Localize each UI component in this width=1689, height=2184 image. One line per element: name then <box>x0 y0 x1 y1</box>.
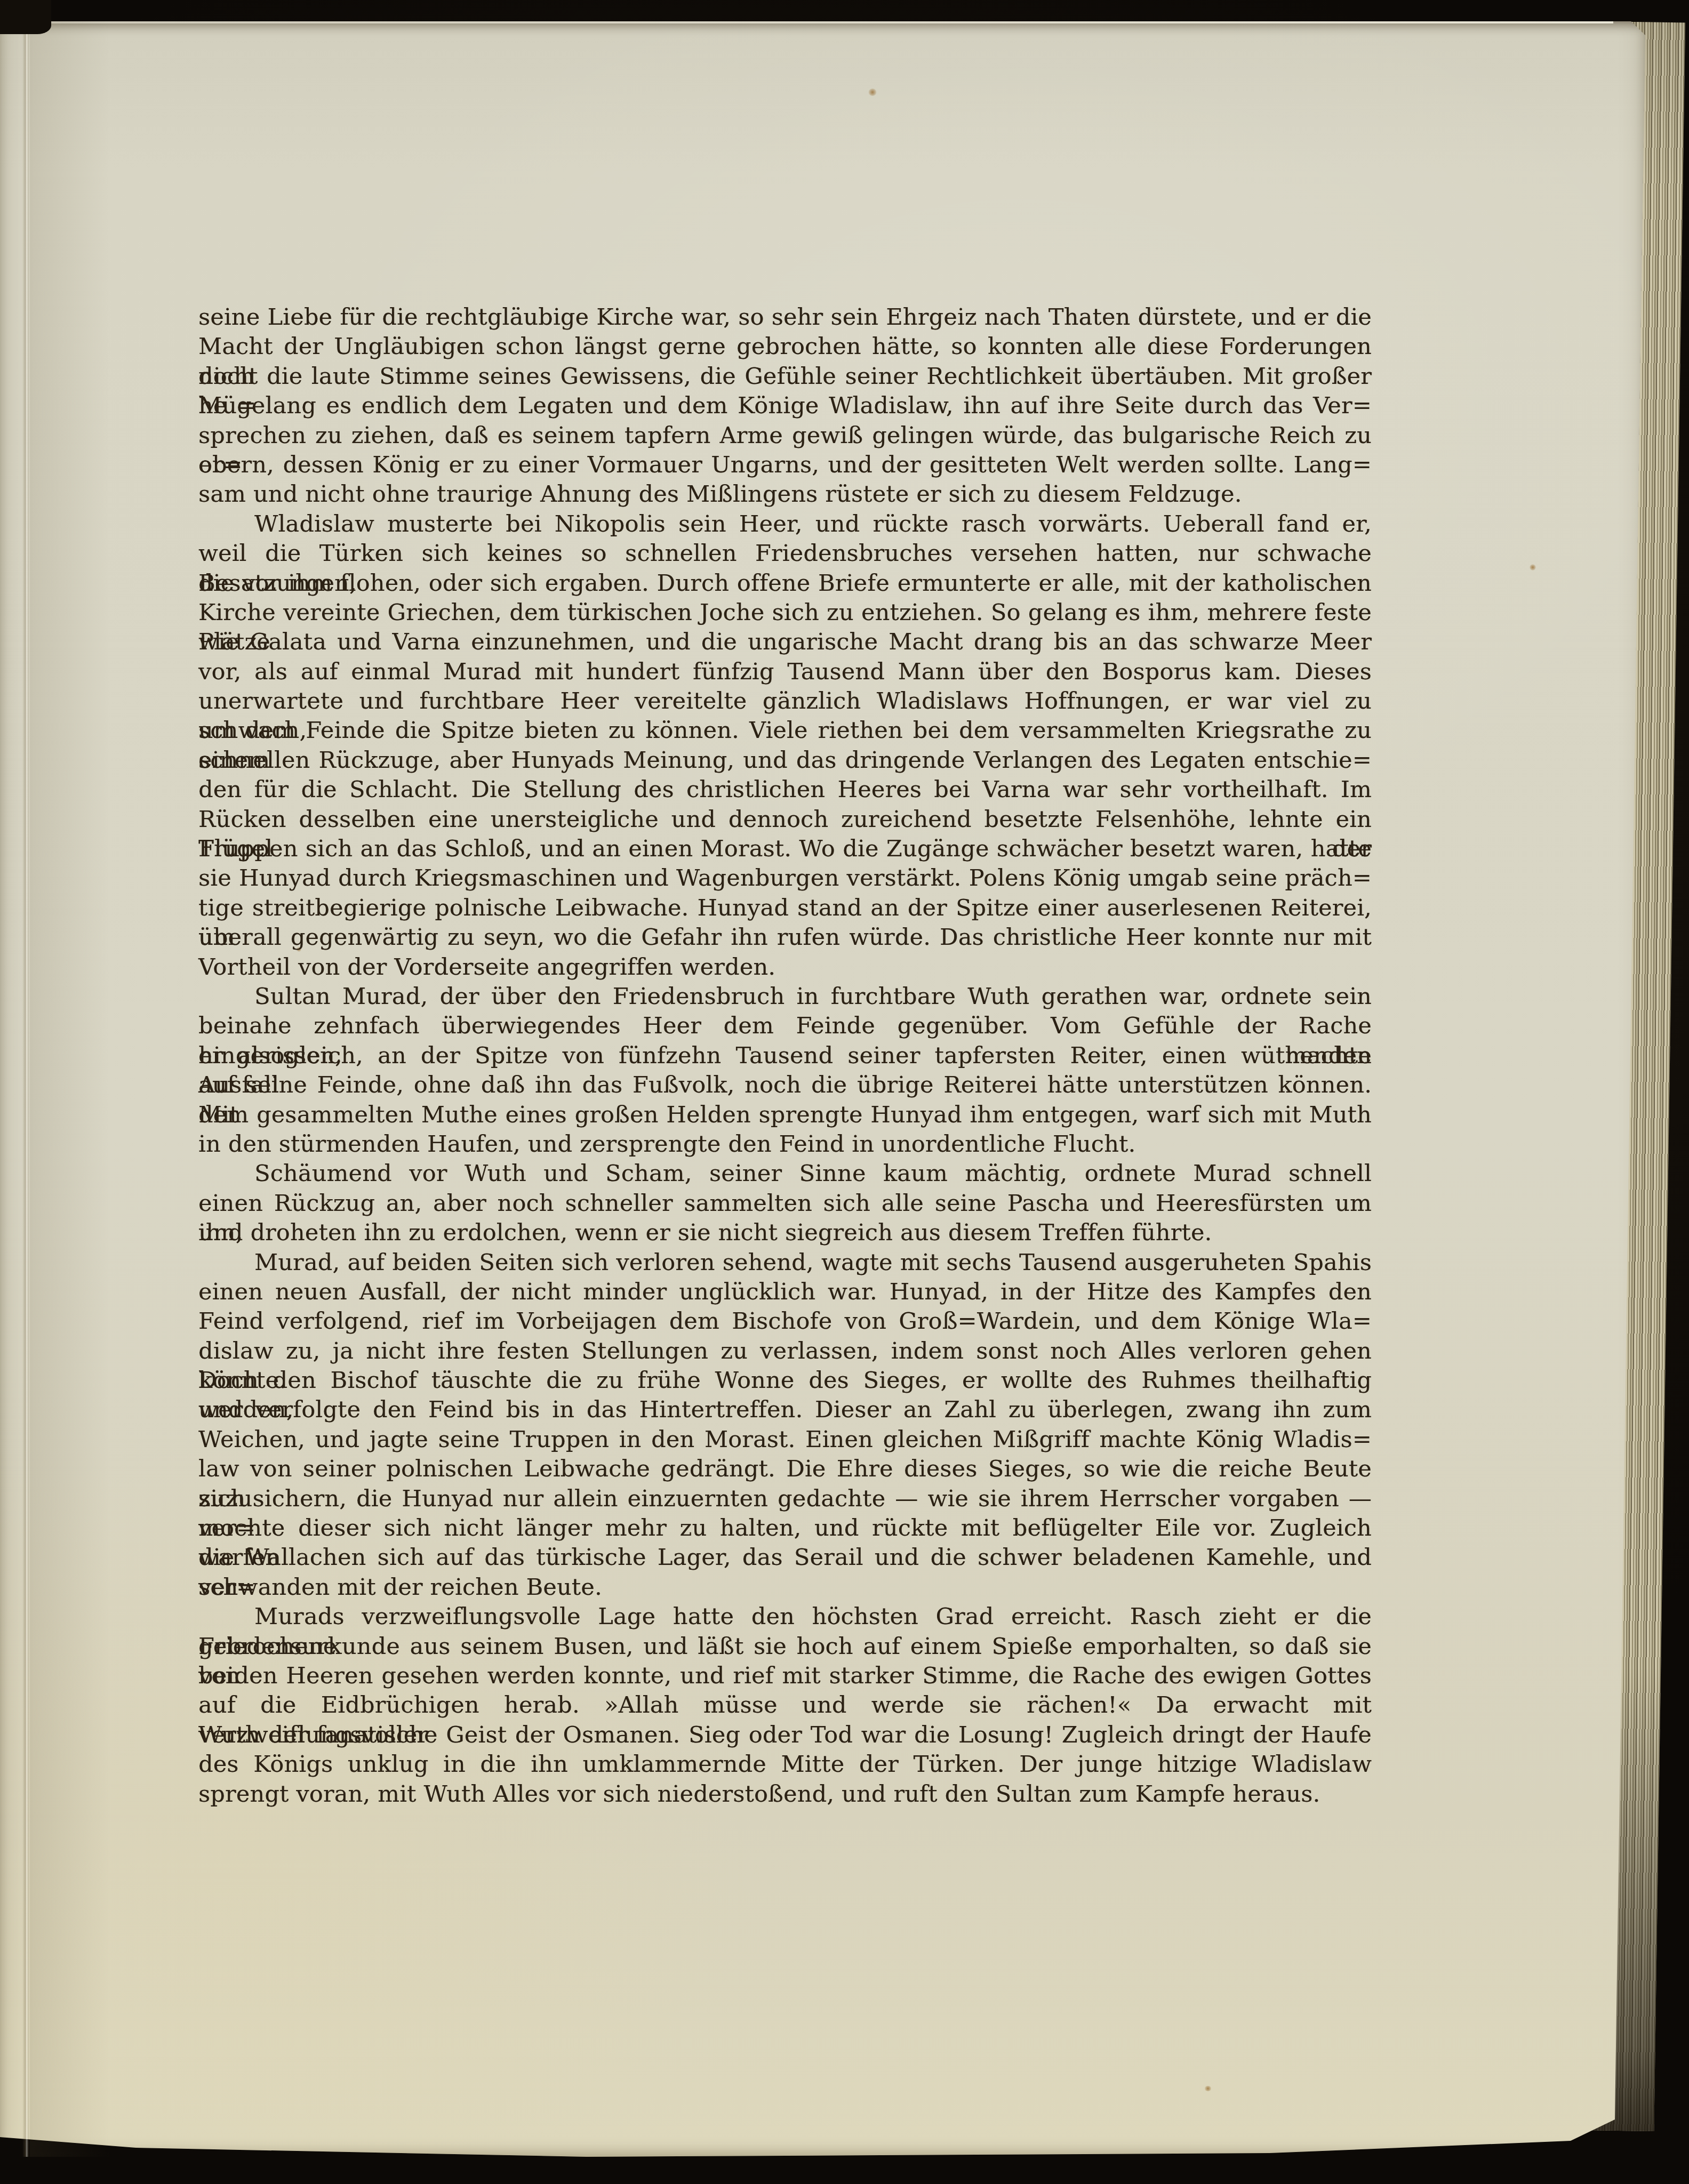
text-line: he gelang es endlich dem Legaten und dem… <box>198 391 1372 421</box>
text-line: Murads verzweiflungsvolle Lage hatte den… <box>198 1602 1372 1632</box>
text-line: Friedensurkunde aus seinem Busen, und lä… <box>198 1632 1372 1661</box>
text-line: überall gegenwärtig zu seyn, wo die Gefa… <box>198 923 1372 952</box>
age-spot <box>1530 564 1536 571</box>
text-line: sprengt voran, mit Wuth Alles vor sich n… <box>198 1780 1372 1809</box>
text-line: Schäumend vor Wuth und Scham, seiner Sin… <box>198 1159 1372 1189</box>
text-line: zuzusichern, die Hunyad nur allein einzu… <box>198 1484 1372 1514</box>
age-spot <box>1204 2086 1212 2091</box>
text-line: um dem Feinde die Spitze bieten zu könne… <box>198 716 1372 745</box>
text-line: Truppen sich an das Schloß, und an einen… <box>198 834 1372 864</box>
text-line: Macht der Ungläubigen schon längst gerne… <box>198 332 1372 362</box>
scanned-book-photo: { "colors": { "background": "#120e09", "… <box>0 0 1689 2184</box>
text-line: seine Liebe für die rechtgläubige Kirche… <box>198 303 1372 332</box>
text-line: dem gesammelten Muthe eines großen Helde… <box>198 1101 1372 1130</box>
text-line: auf die Eidbrüchigen herab. »Allah müsse… <box>198 1691 1372 1720</box>
text-line: Wuth der fanatische Geist der Osmanen. S… <box>198 1721 1372 1750</box>
text-line: law von seiner polnischen Leibwache gedr… <box>198 1455 1372 1484</box>
text-line: sam und nicht ohne traurige Ahnung des M… <box>198 480 1372 509</box>
gutter-shadow <box>30 21 110 2157</box>
text-line: beiden Heeren gesehen werden konnte, und… <box>198 1661 1372 1691</box>
text-line: Weichen, und jagte seine Truppen in den … <box>198 1425 1372 1455</box>
text-line: den für die Schlacht. Die Stellung des c… <box>198 775 1372 805</box>
cover-corner <box>0 0 51 34</box>
text-line: einen Rückzug an, aber noch schneller sa… <box>198 1189 1372 1218</box>
age-spot <box>868 89 877 96</box>
text-line: und droheten ihn zu erdolchen, wenn er s… <box>198 1218 1372 1248</box>
text-line: einen neuen Ausfall, der nicht minder un… <box>198 1278 1372 1307</box>
text-block: seine Liebe für die rechtgläubige Kirche… <box>198 303 1372 1809</box>
text-line: Kirche vereinte Griechen, dem türkischen… <box>198 598 1372 628</box>
text-line: vor, als auf einmal Murad mit hundert fü… <box>198 657 1372 687</box>
text-line: schnellen Rückzuge, aber Hunyads Meinung… <box>198 746 1372 775</box>
text-line: tige streitbegierige polnische Leibwache… <box>198 894 1372 923</box>
text-line: in den stürmenden Haufen, und zersprengt… <box>198 1130 1372 1159</box>
text-line: des Königs unklug in die ihn umklammernd… <box>198 1750 1372 1779</box>
text-line: unerwartete und furchtbare Heer vereitel… <box>198 687 1372 716</box>
text-line: die Wallachen sich auf das türkische Lag… <box>198 1543 1372 1572</box>
text-line: wie Galata und Varna einzunehmen, und di… <box>198 628 1372 657</box>
text-line: weil die Türken sich keines so schnellen… <box>198 539 1372 568</box>
text-line: beinahe zehnfach überwiegendes Heer dem … <box>198 1011 1372 1041</box>
text-line: Murad, auf beiden Seiten sich verloren s… <box>198 1248 1372 1278</box>
text-line: dislaw zu, ja nicht ihre festen Stellung… <box>198 1337 1372 1366</box>
text-line: Sultan Murad, der über den Friedensbruch… <box>198 982 1372 1011</box>
text-line: mochte dieser sich nicht länger mehr zu … <box>198 1514 1372 1543</box>
text-line: sprechen zu ziehen, daß es seinem tapfer… <box>198 421 1372 451</box>
text-line: Feind verfolgend, rief im Vorbeijagen de… <box>198 1307 1372 1336</box>
text-line: die vor ihm flohen, oder sich ergaben. D… <box>198 569 1372 598</box>
text-line: Rücken desselben eine unersteigliche und… <box>198 805 1372 834</box>
text-line: schwanden mit der reichen Beute. <box>198 1573 1372 1602</box>
text-line: auf seine Feinde, ohne daß ihn das Fußvo… <box>198 1071 1372 1100</box>
text-line: sie Hunyad durch Kriegsmaschinen und Wag… <box>198 864 1372 893</box>
text-line: und verfolgte den Feind bis in das Hinte… <box>198 1395 1372 1425</box>
text-line: Wladislaw musterte bei Nikopolis sein He… <box>198 510 1372 539</box>
text-line: Doch den Bischof täuschte die zu frühe W… <box>198 1366 1372 1395</box>
text-line: er alsogleich, an der Spitze von fünfzeh… <box>198 1041 1372 1071</box>
text-line: Vortheil von der Vorderseite angegriffen… <box>198 953 1372 982</box>
gutter-crease <box>22 21 30 2157</box>
text-line: nicht die laute Stimme seines Gewissens,… <box>198 362 1372 391</box>
text-line: obern, dessen König er zu einer Vormauer… <box>198 451 1372 480</box>
